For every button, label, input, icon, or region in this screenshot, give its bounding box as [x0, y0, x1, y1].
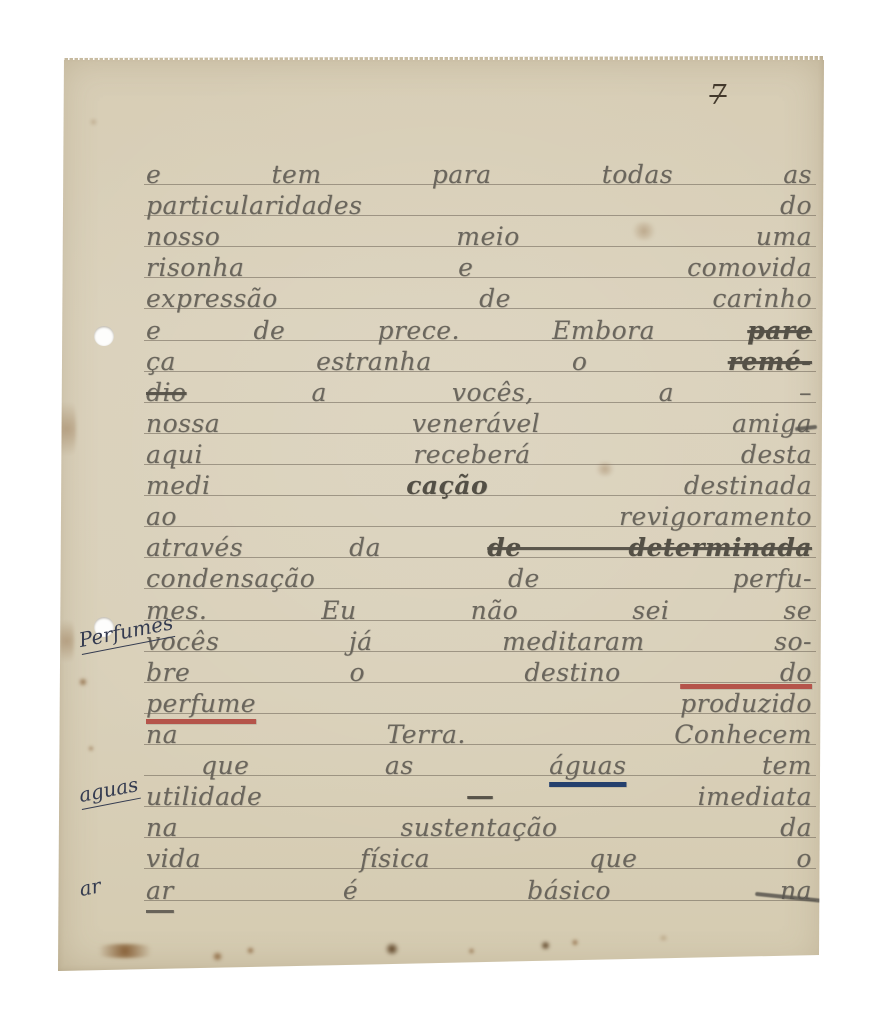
text-segment: risonha e comovida [146, 253, 812, 282]
text-segment: a [659, 378, 674, 407]
text-segment: imediata [698, 782, 812, 811]
manuscript-line: através da de determinada [146, 532, 812, 563]
text-segment: ar [146, 876, 174, 905]
stain [211, 952, 224, 961]
text-segment: que as [201, 751, 414, 780]
text-segment: utilidade [146, 782, 262, 811]
text-segment: ao revigoramento [146, 502, 812, 531]
manuscript-line: perfume produzido [146, 688, 812, 719]
stain [90, 118, 97, 126]
manuscript-line: ça estranha o remé- [146, 346, 812, 377]
text-segment: na sustentação da [146, 813, 812, 842]
text-segment: é básico na [343, 876, 812, 905]
manuscript-text: e tem para todas asparticularidades dono… [146, 159, 812, 906]
manuscript-line: mes. Eu não sei se [146, 595, 812, 626]
manuscript-line: nosso meio uma [146, 221, 812, 252]
text-segment: e de prece. Embora [146, 316, 655, 345]
manuscript-line: expressão de carinho [146, 283, 812, 314]
text-segment: mes. Eu não sei se [146, 596, 812, 625]
text-segment: pare [747, 316, 812, 345]
manuscript-line: particularidades do [146, 190, 812, 221]
manuscript-line: ar é básico na [146, 875, 812, 906]
text-segment: condensação de perfu- [146, 564, 812, 593]
margin-note: aguas [77, 771, 141, 810]
manuscript-paper: 7 e tem para todas asparticularidades do… [58, 56, 824, 971]
text-segment: particularidades do [146, 191, 812, 220]
text-segment: tem [762, 751, 812, 780]
text-segment: dio [146, 378, 187, 407]
manuscript-line: medi cação destinada [146, 470, 812, 501]
text-segment: águas [549, 751, 626, 780]
stain [88, 944, 162, 958]
manuscript-line: que as águas tem [146, 750, 812, 781]
manuscript-line: ao revigoramento [146, 501, 812, 532]
text-segment: aqui receberá desta [146, 440, 812, 469]
stain [594, 462, 616, 476]
stain [468, 948, 475, 954]
text-segment: vocês já meditaram so- [146, 627, 812, 656]
text-segment: perfume [146, 689, 256, 718]
text-segment: a vocês, [312, 378, 534, 407]
text-segment: produzido [680, 689, 812, 718]
stain [630, 222, 658, 240]
manuscript-line: condensação de perfu- [146, 563, 812, 594]
text-segment: remé- [728, 347, 812, 376]
stain [88, 746, 94, 751]
text-segment: e tem para todas as [146, 160, 812, 189]
stain [540, 941, 551, 950]
text-segment: expressão de carinho [146, 284, 812, 313]
stain [384, 943, 400, 955]
torn-edge [58, 56, 824, 60]
manuscript-line: na sustentação da [146, 812, 812, 843]
stain [571, 939, 579, 946]
text-segment: na Terra. Conhecem [146, 720, 812, 749]
text-segment: ça estranha o [146, 347, 587, 376]
text-segment: — [467, 782, 493, 811]
punch-hole [94, 326, 114, 346]
manuscript-line: e de prece. Embora pare [146, 315, 812, 346]
text-segment: bre o destino do [146, 658, 812, 687]
text-segment: através da [146, 533, 381, 562]
text-segment: de determinada [487, 533, 812, 562]
manuscript-line: vocês já meditaram so- [146, 626, 812, 657]
manuscript-line: dio a vocês, a – [146, 377, 812, 408]
manuscript-line: na Terra. Conhecem [146, 719, 812, 750]
page-number: 7 [698, 80, 738, 111]
stain [60, 612, 74, 670]
manuscript-line: e tem para todas as [146, 159, 812, 190]
manuscript-line: aqui receberá desta [146, 439, 812, 470]
photo-background: 7 e tem para todas asparticularidades do… [0, 0, 878, 1024]
manuscript-line: bre o destino do [146, 657, 812, 688]
manuscript-line: nossa venerável amiga [146, 408, 812, 439]
stain [246, 947, 255, 954]
margin-note: ar [77, 872, 103, 902]
text-segment: medi [146, 471, 211, 500]
stain [78, 678, 88, 686]
stain [58, 392, 76, 466]
stain [658, 935, 669, 941]
manuscript-line: risonha e comovida [146, 252, 812, 283]
manuscript-line: vida física que o [146, 843, 812, 874]
text-segment: nosso meio uma [146, 222, 812, 251]
text-segment: vida física que o [146, 844, 812, 873]
text-segment: destinada [684, 471, 812, 500]
text-segment: – [799, 378, 812, 407]
manuscript-line: utilidade — imediata [146, 781, 812, 812]
text-segment: cação [406, 471, 488, 500]
text-segment: nossa venerável amiga [146, 409, 812, 438]
